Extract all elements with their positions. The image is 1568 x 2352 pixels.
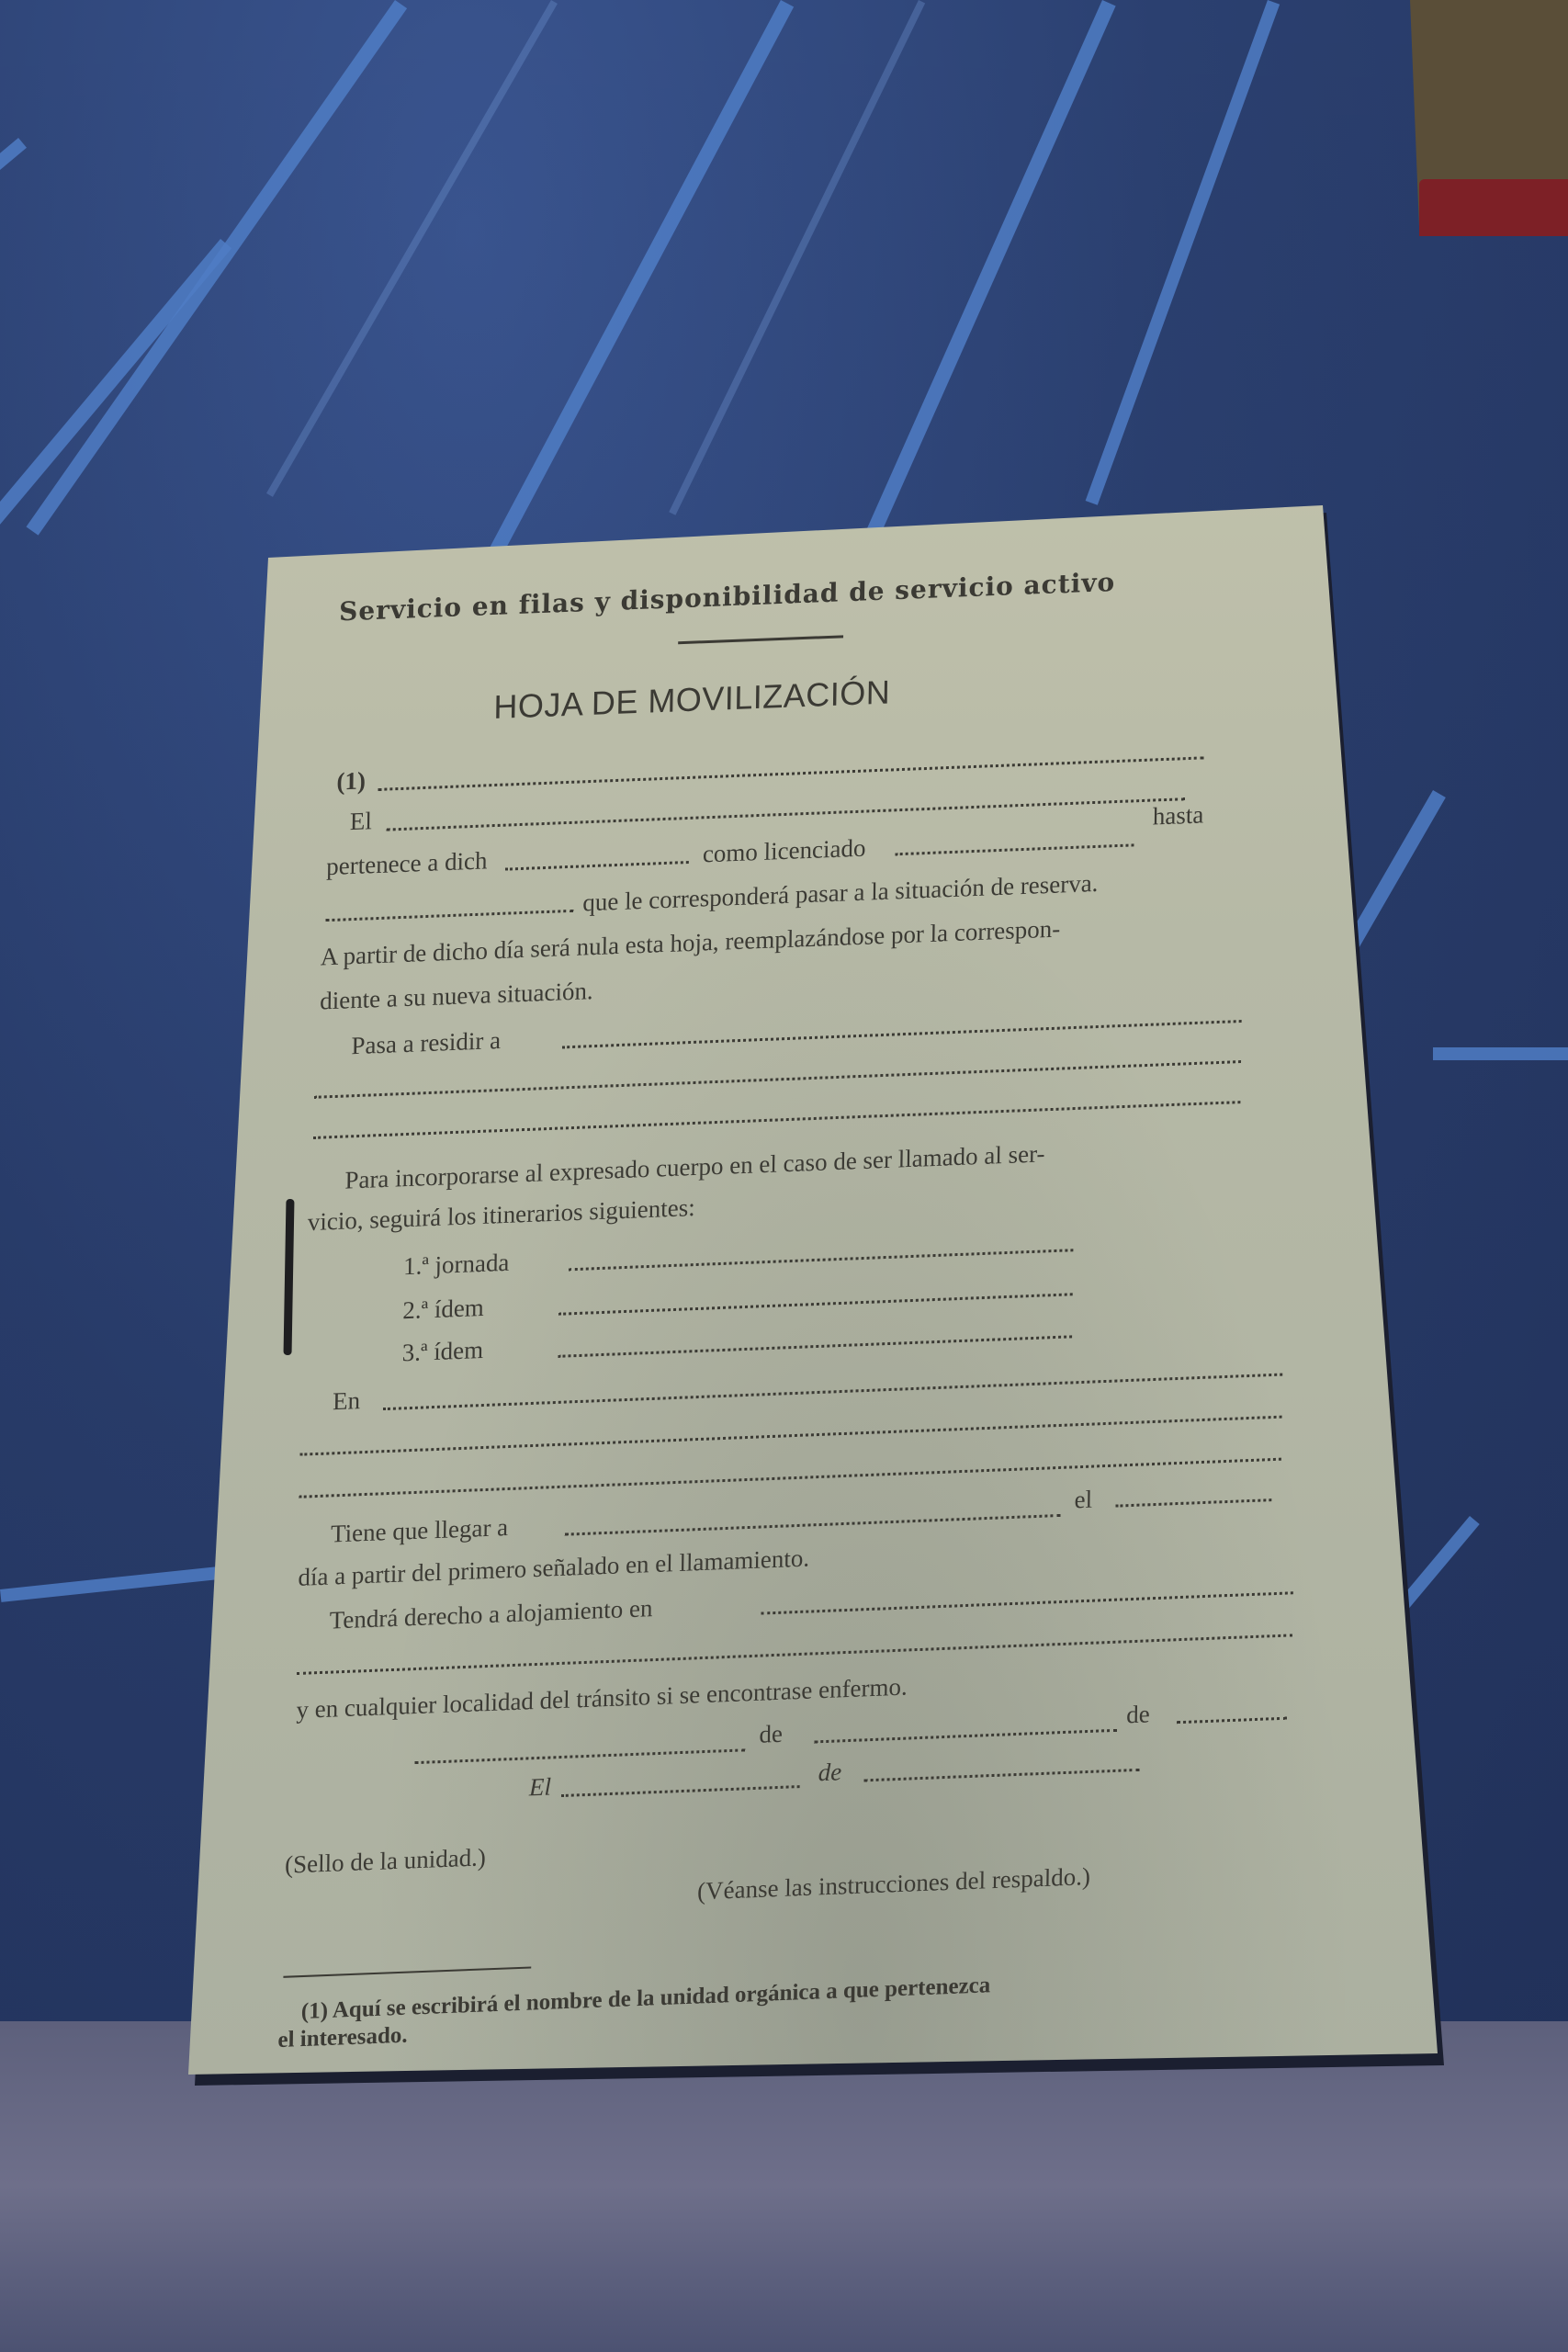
- line-4-field[interactable]: [325, 910, 573, 922]
- para-2-line-1: Para incorporarse al expresado cuerpo en…: [344, 1139, 1044, 1194]
- signature-el: El: [529, 1772, 551, 1802]
- line-4-text: que le corresponderá pasar a la situació…: [582, 869, 1099, 918]
- signature-de: de: [818, 1758, 842, 1787]
- lodging-field-2[interactable]: [297, 1634, 1292, 1675]
- date-de-1: de: [759, 1720, 783, 1749]
- line-2-label: El: [350, 807, 372, 836]
- see-instructions: (Véanse las instrucciones del respaldo.): [697, 1862, 1090, 1905]
- date-de-2: de: [1126, 1700, 1150, 1729]
- line-3-label: pertenece a dich: [326, 846, 488, 881]
- arrive-date-field[interactable]: [1115, 1498, 1271, 1508]
- lodging-label: Tendrá derecho a alojamiento en: [330, 1594, 653, 1635]
- footnote-line-2: el interesado.: [277, 2023, 407, 2053]
- itinerary-3-field[interactable]: [558, 1335, 1072, 1358]
- arrive-label: Tiene que llegar a: [331, 1513, 508, 1548]
- line-3-middle: como licenciado: [703, 834, 866, 869]
- signature-field-b[interactable]: [864, 1769, 1140, 1782]
- para-1-line-1: A partir de dicho día será nula esta hoj…: [321, 914, 1061, 971]
- residence-label: Pasa a residir a: [351, 1026, 501, 1060]
- signature-field-a[interactable]: [561, 1785, 800, 1797]
- residence-field-2[interactable]: [314, 1060, 1241, 1099]
- form-title: HOJA DE MOVILIZACIÓN: [493, 673, 890, 727]
- footnote-rule: [283, 1966, 531, 1977]
- arrive-el: el: [1074, 1486, 1092, 1515]
- book-red-edge: [1419, 179, 1568, 236]
- arrive-place-field[interactable]: [565, 1514, 1061, 1536]
- itinerary-2-field[interactable]: [558, 1293, 1073, 1316]
- form-header: Servicio en filas y disponibilidad de se…: [339, 567, 1116, 628]
- residence-field-3[interactable]: [313, 1101, 1240, 1139]
- en-field-2[interactable]: [299, 1416, 1281, 1456]
- month-field[interactable]: [814, 1729, 1117, 1744]
- para-1-line-2: diente a su nueva situación.: [320, 977, 593, 1015]
- para-2-line-2: vicio, seguirá los itinerarios siguiente…: [308, 1193, 695, 1237]
- en-label: En: [333, 1386, 360, 1416]
- line-2-suffix: hasta: [1153, 800, 1204, 831]
- itinerary-1-label: 1.ª jornada: [403, 1249, 510, 1281]
- footnote-line-1: (1) Aquí se escribirá el nombre de la un…: [301, 1973, 991, 2025]
- year-field[interactable]: [1177, 1717, 1287, 1724]
- en-field[interactable]: [383, 1374, 1282, 1411]
- header-rule: [678, 635, 843, 644]
- place-field[interactable]: [414, 1748, 745, 1764]
- en-field-3[interactable]: [299, 1458, 1281, 1498]
- residence-field[interactable]: [562, 1020, 1241, 1048]
- form-content: Servicio en filas y disponibilidad de se…: [254, 519, 1340, 2069]
- line-1-field[interactable]: [378, 756, 1203, 791]
- background-stripe: [1433, 1047, 1568, 1060]
- itinerary-1-field[interactable]: [569, 1249, 1074, 1271]
- line-3-field-b[interactable]: [896, 843, 1134, 855]
- lodging-field[interactable]: [761, 1591, 1293, 1614]
- itinerary-2-label: 2.ª ídem: [402, 1294, 484, 1325]
- seal-label: (Sello de la unidad.): [285, 1843, 486, 1879]
- line-1-label: (1): [336, 766, 366, 796]
- line-3-field-a[interactable]: [505, 861, 689, 871]
- itinerary-3-label: 3.ª ídem: [402, 1336, 484, 1367]
- lodging-line-2: y en cualquier localidad del tránsito si…: [296, 1672, 908, 1724]
- arrive-line-2: día a partir del primero señalado en el …: [298, 1543, 809, 1591]
- line-2-field[interactable]: [387, 797, 1185, 831]
